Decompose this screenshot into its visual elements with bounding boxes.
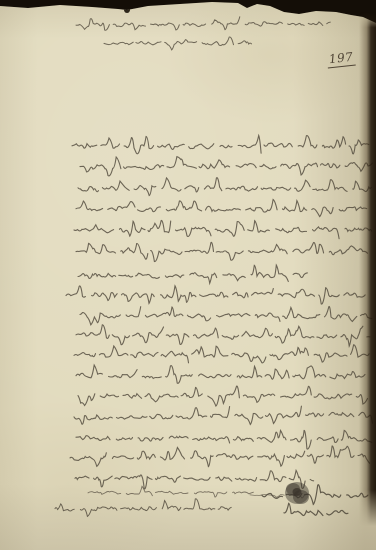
handwritten-line (66, 286, 365, 304)
body-paragraph-2 (66, 286, 372, 489)
handwritten-line (78, 265, 307, 283)
handwritten-line (75, 470, 314, 488)
handwritten-line (80, 306, 372, 324)
page-number: 197 (326, 50, 356, 69)
header-annotation (76, 17, 330, 50)
handwritten-line (76, 242, 368, 261)
handwritten-line (76, 199, 367, 216)
scan-background: 197 (0, 0, 376, 550)
ink-speck (124, 7, 130, 13)
manuscript-page: 197 (0, 0, 376, 550)
handwritten-line (70, 446, 370, 467)
handwritten-line (55, 499, 231, 517)
date-line (55, 499, 231, 517)
handwriting-layer (0, 0, 376, 550)
handwritten-line (78, 178, 371, 196)
page-right-edge-shadow (359, 12, 376, 526)
handwritten-line (72, 136, 369, 154)
ink-blot (285, 482, 309, 504)
top-edge-speck (124, 7, 130, 13)
handwritten-line (262, 485, 368, 505)
handwritten-line (74, 345, 369, 363)
ink-blot-spot (293, 488, 302, 496)
handwritten-line (76, 325, 370, 346)
signature (262, 485, 368, 516)
handwritten-line (74, 220, 372, 238)
handwritten-line (88, 486, 253, 497)
handwritten-line (78, 386, 368, 406)
handwritten-line (76, 17, 330, 30)
handwritten-line (284, 503, 348, 515)
handwritten-line (104, 37, 252, 50)
handwritten-line (80, 157, 372, 176)
handwritten-line (74, 406, 372, 424)
body-paragraph-1 (72, 136, 372, 284)
handwritten-line (76, 430, 372, 449)
handwritten-line (76, 365, 365, 383)
